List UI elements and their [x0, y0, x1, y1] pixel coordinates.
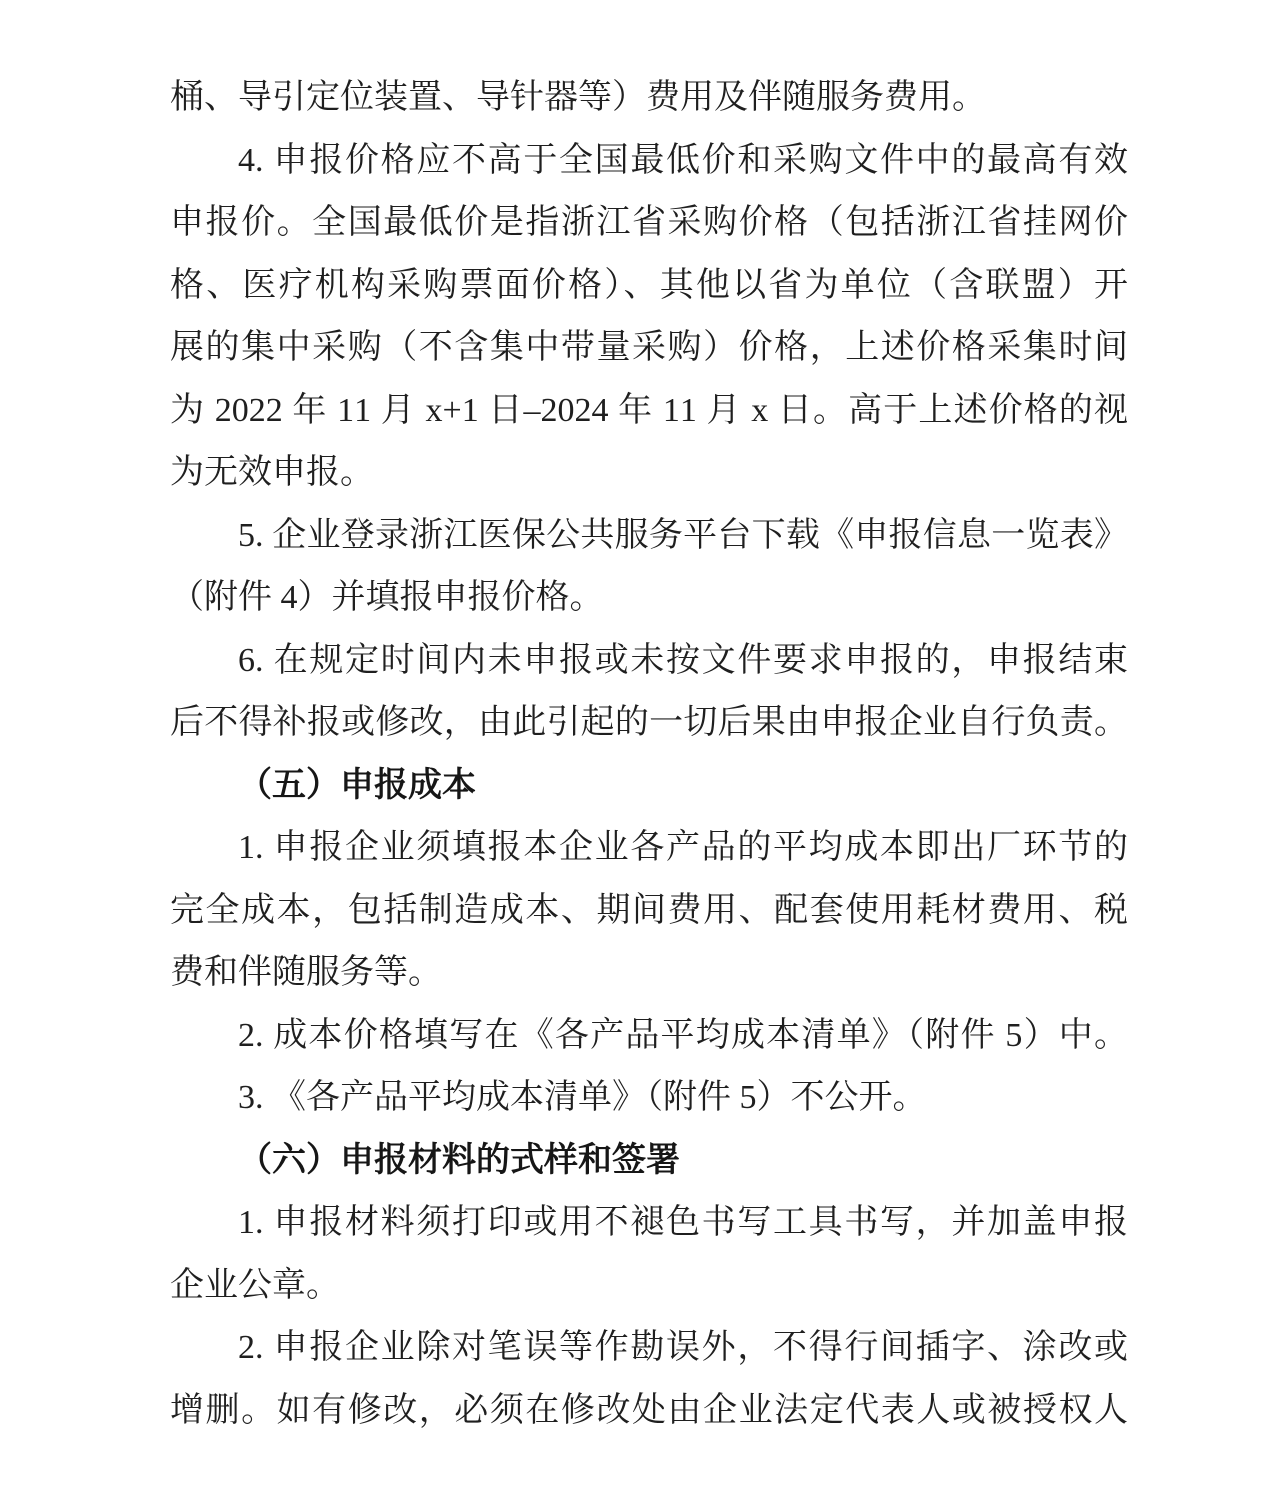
document-content: 桶、导引定位装置、导针器等）费用及伴随服务费用。 4. 申报价格应不高于全国最低… [170, 67, 1128, 1442]
text-line-continuation: 桶、导引定位装置、导针器等）费用及伴随服务费用。 [170, 67, 1128, 130]
text-line: 增删。如有修改，必须在修改处由企业法定代表人或被授权人 [170, 1380, 1128, 1443]
text-line: 费和伴随服务等。 [170, 942, 1128, 1005]
text-line-date-range: 为 2022 年 11 月 x+1 日–2024 年 11 月 x 日。高于上述… [170, 380, 1128, 443]
text-line-item-2: 2. 成本价格填写在《各产品平均成本清单》（附件 5）中。 [170, 1005, 1128, 1068]
section-heading-5: （五）申报成本 [170, 755, 1128, 818]
text-line-item-1: 1. 申报企业须填报本企业各产品的平均成本即出厂环节的 [170, 817, 1128, 880]
text-line-item-5: 5. 企业登录浙江医保公共服务平台下载《申报信息一览表》 [170, 505, 1128, 568]
text-line: 完全成本，包括制造成本、期间费用、配套使用耗材费用、税 [170, 880, 1128, 943]
text-line: 为无效申报。 [170, 442, 1128, 505]
text-line-item-2b: 2. 申报企业除对笔误等作勘误外，不得行间插字、涂改或 [170, 1317, 1128, 1380]
text-line: 申报价。全国最低价是指浙江省采购价格（包括浙江省挂网价 [170, 192, 1128, 255]
text-line: 企业公章。 [170, 1255, 1128, 1318]
text-line-item-4: 4. 申报价格应不高于全国最低价和采购文件中的最高有效 [170, 130, 1128, 193]
document-page: 桶、导引定位装置、导针器等）费用及伴随服务费用。 4. 申报价格应不高于全国最低… [0, 0, 1280, 1496]
text-line-attachment-4: （附件 4）并填报申报价格。 [170, 567, 1128, 630]
text-line: 后不得补报或修改，由此引起的一切后果由申报企业自行负责。 [170, 692, 1128, 755]
text-line: 格、医疗机构采购票面价格）、其他以省为单位（含联盟）开 [170, 255, 1128, 318]
text-line-item-3: 3. 《各产品平均成本清单》（附件 5）不公开。 [170, 1067, 1128, 1130]
text-line-item-6: 6. 在规定时间内未申报或未按文件要求申报的，申报结束 [170, 630, 1128, 693]
section-heading-6: （六）申报材料的式样和签署 [170, 1130, 1128, 1193]
text-line-item-1b: 1. 申报材料须打印或用不褪色书写工具书写，并加盖申报 [170, 1192, 1128, 1255]
text-line: 展的集中采购（不含集中带量采购）价格，上述价格采集时间 [170, 317, 1128, 380]
